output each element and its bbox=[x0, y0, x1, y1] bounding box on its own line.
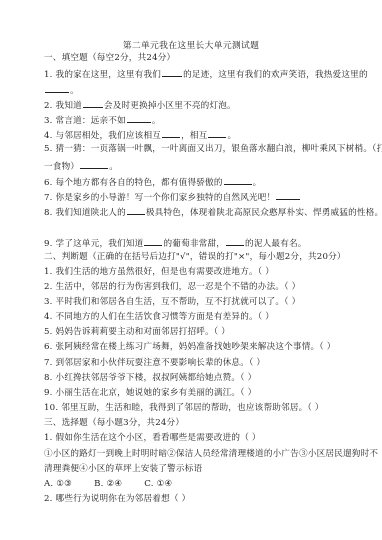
question-fill-2: 2. 我知道会及时更换掉小区里不亮的灯泡。 bbox=[44, 99, 236, 112]
question-text: 7. 你是家乡的小导游！写一个你们家乡独特的自然风光吧！ bbox=[44, 193, 275, 203]
answer-blank[interactable] bbox=[144, 237, 162, 246]
question-fill-8: 8. 我们知道陕北人的极具特色，体现着陕北高原民众憨厚朴实、悍勇威猛的性格。 bbox=[44, 206, 382, 219]
question-tf-5: 5. 妈妈告诉莉莉要主动和对面邻居打招呼。（ ） bbox=[44, 327, 230, 338]
question-text: 极具特色，体现着陕北高原民众憨厚朴实、悍勇威猛的性格。 bbox=[146, 208, 382, 218]
question-text: 的葡萄非常甜， bbox=[163, 239, 225, 249]
question-text: 5. 猜一猜：一页落锅一叶飘，一叶离面又出刀，银鱼落水翻白浪，柳叶乘风下树梢。（… bbox=[44, 144, 382, 154]
answer-blank[interactable] bbox=[162, 129, 180, 138]
question-tf-8: 8. 小红搀扶邻居爷爷下楼，叔叔阿姨都给她点赞。（ ） bbox=[44, 373, 256, 384]
question-text: 2. 我知道 bbox=[44, 101, 82, 111]
answer-blank[interactable] bbox=[226, 237, 244, 246]
question-text: 3. 常言道：远亲不如 bbox=[44, 116, 126, 126]
answer-blank[interactable] bbox=[127, 114, 151, 123]
question-text: 。 bbox=[227, 131, 236, 141]
question-fill-1-cont: 。 bbox=[44, 84, 79, 97]
section-heading-true-false: 二、判断题（正确的在括号后边打"√"，错误的打"×"，每小题2分，共20分） bbox=[44, 252, 346, 263]
answer-blank[interactable] bbox=[83, 99, 103, 108]
answer-blank[interactable] bbox=[45, 84, 69, 93]
question-fill-7: 7. 你是家乡的小导游！写一个你们家乡独特的自然风光吧！ bbox=[44, 191, 301, 204]
question-tf-1: 1. 我们生活的地方虽然很好，但是也有需要改进地方。（ ） bbox=[44, 267, 274, 278]
question-tf-9: 9. 小丽生活在北京，她说她的家乡有美丽的漓江。（ ） bbox=[44, 388, 256, 399]
question-text: 9. 学了这单元，我们知道 bbox=[44, 239, 143, 249]
question-tf-2: 2. 生活中，邻居的行为伤害到我们，忍一忍是个不错的办法。（ ） bbox=[44, 282, 300, 293]
question-text: 一食物） bbox=[44, 162, 79, 172]
question-text: 1. 我的家在这里，这里有我们 bbox=[44, 70, 161, 80]
question-fill-4: 4. 与邻居相处，我们应该相互，相互。 bbox=[44, 129, 236, 142]
question-tf-7: 7. 到邻居家和小伙伴玩耍注意不要影响长辈的休息。（ ） bbox=[44, 358, 265, 369]
exam-page: 第二单元我在这里长大单元测试题 一、填空题（每空2分，共24分） 1. 我的家在… bbox=[0, 0, 382, 540]
question-fill-9: 9. 学了这单元，我们知道的葡萄非常甜，的泥人最有名。 bbox=[44, 237, 307, 250]
question-fill-5-cont: 一食物）。 bbox=[44, 160, 118, 173]
question-fill-5: 5. 猜一猜：一页落锅一叶飘，一叶离面又出刀，银鱼落水翻白浪，柳叶乘风下树梢。（… bbox=[44, 144, 382, 155]
question-fill-1: 1. 我的家在这里，这里有我们的足迹，这里有我们的欢声笑语，我热爱这里的 bbox=[44, 68, 368, 81]
question-text: 。 bbox=[70, 86, 79, 96]
question-mc-1-body-2: 清理粪便④小区的草坪上安装了警示标语 bbox=[44, 464, 202, 475]
question-tf-6: 6. 张阿姨经常在楼上练习广场舞，妈妈准备找她吵架来解决这个事情。（ ） bbox=[44, 342, 336, 353]
question-text: 的足迹，这里有我们的欢声笑语，我热爱这里的 bbox=[183, 70, 368, 80]
question-text: 。 bbox=[152, 116, 161, 126]
question-tf-3: 3. 平时我们和邻居各自生活，互不帮助，互不打扰就可以了。（ ） bbox=[44, 297, 300, 308]
question-text: 4. 与邻居相处，我们应该相互 bbox=[44, 131, 161, 141]
question-mc-2-stem: 2. 哪些行为说明你在为邻居着想（ ） bbox=[44, 494, 190, 505]
question-fill-3: 3. 常言道：远亲不如。 bbox=[44, 114, 161, 127]
question-text: 。 bbox=[253, 178, 262, 188]
question-tf-4: 4. 不同地方的人们在生活饮食习惯等方面是有差异的。（ ） bbox=[44, 312, 274, 323]
question-text: 的泥人最有名。 bbox=[245, 239, 307, 249]
answer-blank[interactable] bbox=[162, 68, 182, 77]
page-title: 第二单元我在这里长大单元测试题 bbox=[0, 41, 382, 52]
question-fill-6: 6. 每个地方都有各自的特色，都有值得骄傲的。 bbox=[44, 176, 261, 189]
answer-blank[interactable] bbox=[208, 129, 226, 138]
answer-blank[interactable] bbox=[80, 160, 108, 169]
answer-blank[interactable] bbox=[224, 176, 252, 185]
option-c[interactable]: C. ①④ bbox=[144, 479, 172, 490]
question-text: 会及时更换掉小区里不亮的灯泡。 bbox=[104, 101, 236, 111]
answer-blank[interactable] bbox=[127, 206, 145, 215]
section-heading-fill-blank: 一、填空题（每空2分，共24分） bbox=[44, 53, 175, 64]
answer-blank[interactable] bbox=[276, 191, 300, 200]
option-a[interactable]: A. ①③ bbox=[44, 479, 72, 490]
question-tf-10: 10. 邻里互助，生活和睦，我得到了邻居的帮助，也应该帮助邻居。（ ） bbox=[44, 403, 324, 414]
question-text: 。 bbox=[109, 162, 118, 172]
option-b[interactable]: B. ②④ bbox=[94, 479, 122, 490]
question-mc-1-stem: 1. 假如你生活在这个小区，看看哪些是需要改进的（ ） bbox=[44, 433, 261, 444]
question-text: ，相互 bbox=[181, 131, 207, 141]
question-mc-1-options: A. ①③B. ②④C. ①④ bbox=[44, 479, 194, 490]
question-text: 8. 我们知道陕北人的 bbox=[44, 208, 126, 218]
question-mc-1-body-1: ①小区的路灯一到晚上时明时暗②保洁人员经常清理楼道的小广告③小区居民遛狗时不 bbox=[44, 449, 378, 460]
section-heading-multiple-choice: 三、选择题（每小题3分，共24分） bbox=[44, 418, 184, 429]
question-text: 6. 每个地方都有各自的特色，都有值得骄傲的 bbox=[44, 178, 223, 188]
